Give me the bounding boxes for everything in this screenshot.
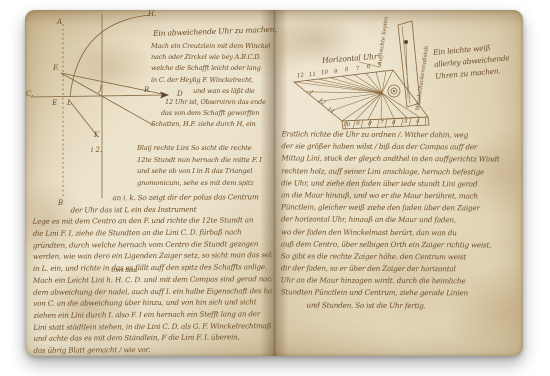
manuscript-line: Stundten Pünctlein und Centrum, ziehe ge… bbox=[281, 287, 521, 300]
interlinear-note: Uhrs Blatt bbox=[111, 268, 137, 274]
diagram-label-H: H. bbox=[148, 10, 156, 18]
right-page-text-layer: Ein leichte weiß allerley abweichende Uh… bbox=[274, 10, 523, 356]
open-notebook: Ein abweichende Uhr zu machen, Mach ein … bbox=[25, 10, 523, 356]
line-F-to-K bbox=[61, 73, 153, 125]
manuscript-line: Blaij rechte Lini So sicht die rechte bbox=[137, 143, 273, 155]
right-body-text-block: Erstlich richte die Uhr zu ordnen /. Wit… bbox=[281, 128, 522, 312]
manuscript-line: welche die Schafft leicht oder lang bbox=[151, 63, 273, 74]
horizontal-line-CD bbox=[30, 95, 165, 97]
manuscript-line: 12te Stundt nun hernach die mitte F. I bbox=[137, 155, 273, 167]
manuscript-line: rechten holz, auff seiner Lini anschlage… bbox=[281, 165, 521, 178]
manuscript-line: Mach ein Creutzlein mit dem Winckel bbox=[151, 41, 273, 52]
diagram-label-J: J bbox=[99, 85, 102, 93]
manuscript-line: das von dem Schafft geworffen bbox=[151, 108, 273, 119]
manuscript-line: das übrig Blatt gemacht / wie vor. bbox=[33, 343, 272, 356]
manuscript-line: an i. k. So zeigt dir der polus das Cent… bbox=[32, 191, 271, 204]
left-side-text-block: Mach ein Creutzlein mit dem Winckel nach… bbox=[151, 41, 273, 131]
diagram-label-L: L bbox=[67, 99, 72, 107]
left-body-text-block: an i. k. So zeigt dir der polus das Cent… bbox=[32, 191, 272, 356]
manuscript-line: auß dem Centro, über selbigen Orth ein Z… bbox=[281, 238, 521, 251]
manuscript-line: Mach ein Leicht Lini h. H. C. D. und mit… bbox=[33, 273, 272, 286]
diagram-label-D: D bbox=[177, 90, 183, 98]
manuscript-line: 12 Uhr ist, Observiren das ende bbox=[151, 97, 273, 108]
left-mid-text-block: Blaij rechte Lini So sicht die rechte 12… bbox=[137, 143, 273, 189]
diagram-label-K: K bbox=[94, 131, 99, 139]
manuscript-line: Schatten, H.F. ziehe durch H, ein bbox=[151, 119, 273, 130]
manuscript-line: in C. der Heylig F. Winckelrecht, bbox=[151, 75, 273, 86]
right-caption-block: Ein leichte weiß allerley abweichende Uh… bbox=[433, 39, 523, 83]
manuscript-line: und achte das es mit dem Ständlein, F di… bbox=[33, 331, 272, 344]
diagram-label-B: B bbox=[58, 199, 63, 207]
manuscript-line: der horizontal Uhr, hinauß an die Maur u… bbox=[281, 214, 521, 227]
diagram-label-i2: i 2. bbox=[91, 146, 102, 154]
manuscript-line: nach oder Zirckel wie bey A.B.C.D. bbox=[151, 52, 273, 63]
diagram-label-E: E bbox=[52, 99, 57, 107]
diagram-label-R: R bbox=[144, 86, 149, 94]
manuscript-line: und Stunden. So ist die Uhr fertig. bbox=[281, 299, 521, 312]
manuscript-line: ziehen ein Lini durch I. also F. I ein h… bbox=[33, 308, 272, 321]
diagram-label-F: F. bbox=[53, 64, 59, 72]
diagram-label-A: A bbox=[57, 18, 62, 26]
manuscript-line: und sehe ob von I in R das Triangel bbox=[137, 166, 273, 178]
manuscript-line: und wan es läßt die bbox=[151, 86, 273, 97]
manuscript-line: Mittag Lini, stuck der gleych andthel in… bbox=[281, 153, 521, 166]
diagram-label-C: C. bbox=[26, 90, 33, 98]
manuscript-photo: { "document_type": "handwritten sundial … bbox=[0, 0, 550, 376]
manuscript-line: gnomonicum, sehe es mit dem spitz bbox=[137, 178, 273, 190]
manuscript-line: wo der faden den Winckelmast berürt, dan… bbox=[281, 226, 521, 239]
